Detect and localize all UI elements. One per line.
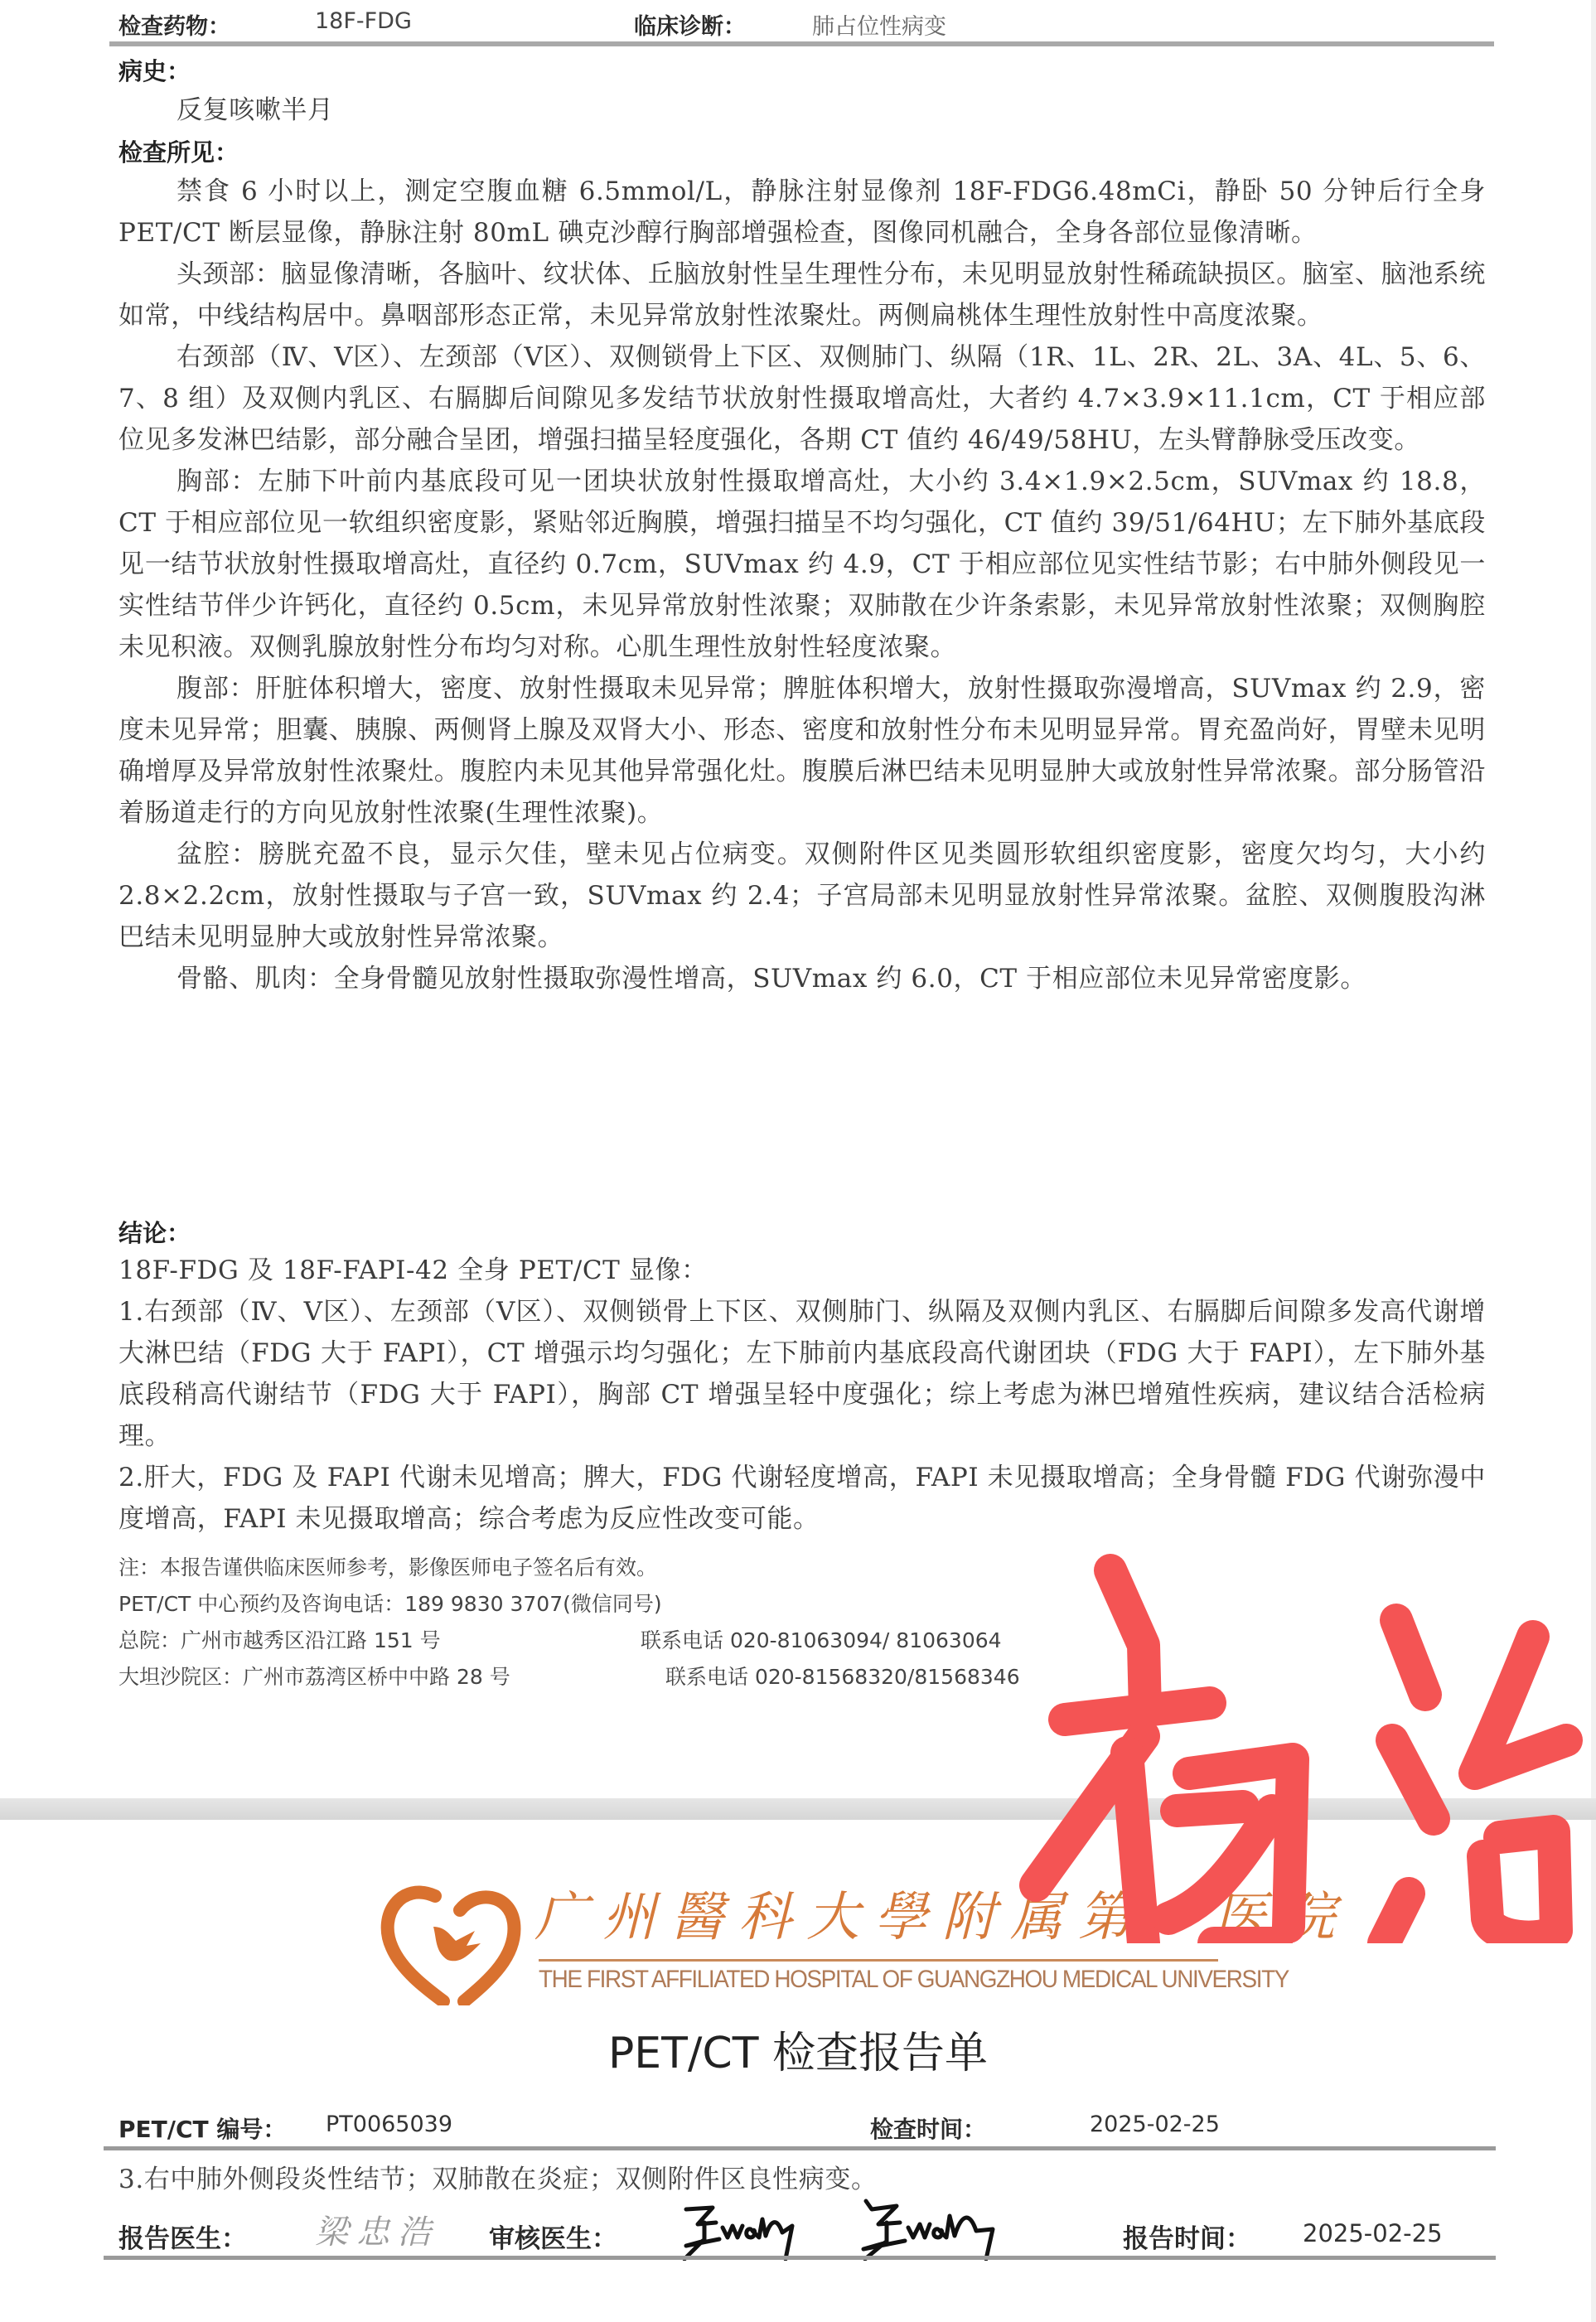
logo-underline	[539, 1959, 1218, 1962]
conclusion-body: 18F-FDG 及 18F-FAPI-42 全身 PET/CT 显像： 1.右颈…	[118, 1250, 1486, 1540]
main-campus-phone: 联系电话 020-81063094/ 81063064	[641, 1623, 1002, 1659]
findings-paragraph-head-neck: 头颈部：脑显像清晰，各脑叶、纹状体、丘脑放射性呈生理性分布，未见明显放射性稀疏缺…	[118, 254, 1486, 336]
branch-phone: 联系电话 020-81568320/81568346	[665, 1659, 1020, 1696]
report-title: PET/CT 检查报告单	[0, 2018, 1596, 2080]
signature-divider	[104, 2256, 1496, 2260]
report-id-label: PET/CT 编号：	[118, 2112, 286, 2145]
hospital-name-cn: 广州醫科大學附属第一医院	[534, 1875, 1350, 1951]
conclusion-item-2: 2.肝大，FDG 及 FAPI 代谢未见增高；脾大，FDG 代谢轻度增高，FAP…	[118, 1457, 1486, 1540]
history-heading: 病史：	[118, 53, 191, 87]
findings-paragraph-general: 禁食 6 小时以上，测定空腹血糖 6.5mmol/L，静脉注射显像剂 18F-F…	[118, 171, 1486, 254]
drug-label: 检查药物：	[118, 8, 230, 41]
report-notes: 注：本报告谨供临床医师参考，影像医师电子签名后有效。 PET/CT 中心预约及咨…	[118, 1550, 1113, 1699]
reporting-doctor-signature: 梁忠浩	[315, 2206, 439, 2253]
page-edge	[1591, 0, 1596, 2322]
disclaimer-note: 注：本报告谨供临床医师参考，影像医师电子签名后有效。	[118, 1550, 1113, 1586]
reporting-doctor-label: 报告医生：	[118, 2218, 247, 2255]
main-campus-address: 总院：广州市越秀区沿江路 151 号	[118, 1628, 441, 1652]
hospital-logo: 广州醫科大學附属第一医院 THE FIRST AFFILIATED HOSPIT…	[377, 1875, 1231, 2007]
exam-time-value: 2025-02-25	[1090, 2112, 1220, 2137]
booking-phone: PET/CT 中心预约及咨询电话：189 9830 3707(微信同号)	[118, 1586, 1113, 1623]
report-time-value: 2025-02-25	[1303, 2219, 1443, 2247]
findings-heading: 检查所见：	[118, 134, 239, 168]
findings-paragraph-bone-muscle: 骨骼、肌肉：全身骨髓见放射性摄取弥漫性增高，SUVmax 约 6.0，CT 于相…	[118, 958, 1486, 999]
history-text-block: 反复咳嗽半月	[118, 89, 1486, 131]
history-text: 反复咳嗽半月	[118, 89, 1486, 131]
main-campus-row: 总院：广州市越秀区沿江路 151 号 联系电话 020-81063094/ 81…	[118, 1623, 1113, 1659]
findings-paragraph-abdomen: 腹部：肝脏体积增大，密度、放射性摄取未见异常；脾脏体积增大，放射性摄取弥漫增高，…	[118, 668, 1486, 834]
findings-paragraph-lymph-nodes: 右颈部（Ⅳ、Ⅴ区）、左颈部（Ⅴ区）、双侧锁骨上下区、双侧肺门、纵隔（1R、1L、…	[118, 336, 1486, 461]
drug-value: 18F-FDG	[315, 8, 412, 34]
diagnosis-value: 肺占位性病变	[812, 8, 946, 41]
findings-paragraph-chest: 胸部：左肺下叶前内基底段可见一团块状放射性摄取增高灶，大小约 3.4×1.9×2…	[118, 461, 1486, 668]
findings-paragraph-pelvis: 盆腔：膀胱充盈不良，显示欠佳，壁未见占位病变。双侧附件区见类圆形软组织密度影，密…	[118, 834, 1486, 958]
reviewing-doctor-signature-icon	[680, 2194, 1110, 2261]
conclusion-item-1: 1.右颈部（Ⅳ、Ⅴ区）、左颈部（Ⅴ区）、双侧锁骨上下区、双侧肺门、纵隔及双侧内乳…	[118, 1291, 1486, 1457]
info-divider	[104, 2146, 1496, 2150]
report-id-value: PT0065039	[326, 2112, 452, 2137]
branch-address: 大坦沙院区：广州市荔湾区桥中中路 28 号	[118, 1665, 510, 1689]
page-break-divider	[0, 1798, 1596, 1820]
hospital-name-en: THE FIRST AFFILIATED HOSPITAL OF GUANGZH…	[539, 1966, 1289, 1994]
heart-logo-icon	[377, 1881, 526, 2005]
diagnosis-label: 临床诊断：	[634, 8, 746, 41]
branch-campus-row: 大坦沙院区：广州市荔湾区桥中中路 28 号 联系电话 020-81568320/…	[118, 1659, 1113, 1696]
reviewing-doctor-label: 审核医生：	[489, 2218, 617, 2255]
header-divider	[109, 41, 1494, 46]
report-time-label: 报告时间：	[1123, 2218, 1251, 2255]
findings-body: 禁食 6 小时以上，测定空腹血糖 6.5mmol/L，静脉注射显像剂 18F-F…	[118, 171, 1486, 999]
conclusion-intro: 18F-FDG 及 18F-FAPI-42 全身 PET/CT 显像：	[118, 1250, 1486, 1291]
exam-time-label: 检查时间：	[870, 2112, 986, 2145]
conclusion-heading: 结论：	[118, 1215, 191, 1249]
